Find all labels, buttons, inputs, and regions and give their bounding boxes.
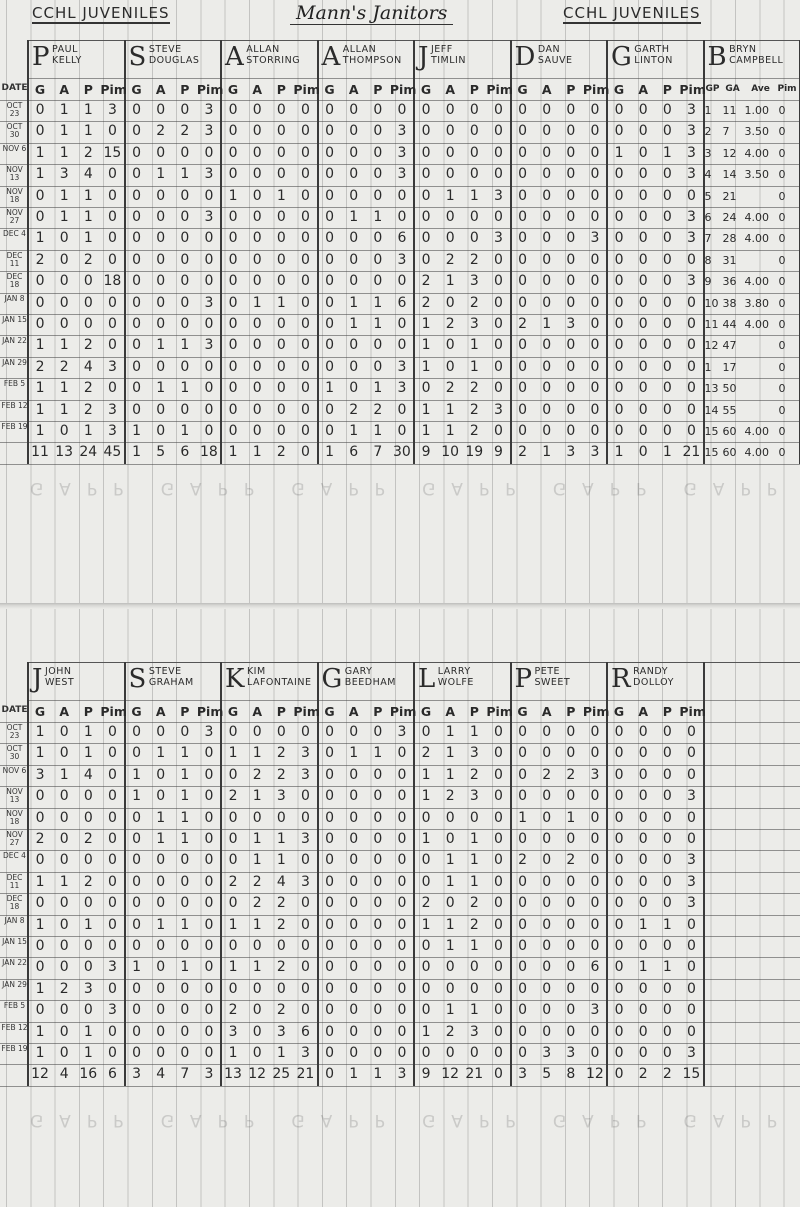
season-total: 24: [76, 444, 100, 460]
stat-cell: 0: [342, 788, 366, 804]
stat-cell: 0: [197, 874, 221, 890]
stat-cell: 0: [438, 337, 462, 353]
stat-header-g: G: [28, 82, 52, 97]
stat-cell: 0: [269, 402, 293, 418]
stat-cell: 0: [390, 423, 414, 439]
stat-cell: 0: [607, 402, 631, 418]
season-total: 13: [52, 444, 76, 460]
stat-cell: 0: [511, 895, 535, 911]
stat-cell: 1: [245, 745, 269, 761]
stat-cell: 0: [28, 188, 52, 204]
stat-header-pim: Pim: [293, 704, 317, 719]
stat-header-a: A: [245, 704, 269, 719]
stat-cell: 1: [52, 209, 76, 225]
stat-cell: 1: [76, 745, 100, 761]
goalie-stat-cell: 3.50: [745, 168, 779, 181]
stat-cell: 0: [125, 981, 149, 997]
row-rule: [0, 378, 800, 379]
stat-cell: 0: [631, 423, 655, 439]
stat-cell: 0: [486, 380, 510, 396]
stat-cell: 0: [486, 145, 510, 161]
stat-cell: 0: [438, 831, 462, 847]
stat-header-g: G: [28, 704, 52, 719]
goalie-stat-cell: 4.00: [745, 232, 779, 245]
goalie-header-pim: Pim: [778, 84, 796, 94]
row-rule: [0, 743, 800, 744]
stat-cell: 0: [197, 745, 221, 761]
stat-cell: 0: [511, 767, 535, 783]
name-initial: G: [322, 666, 343, 692]
stat-cell: 2: [76, 380, 100, 396]
stat-cell: 2: [462, 767, 486, 783]
stat-cell: 0: [535, 1024, 559, 1040]
stat-cell: 0: [438, 145, 462, 161]
stat-cell: 0: [28, 273, 52, 289]
stat-cell: 0: [197, 831, 221, 847]
stat-cell: 3: [679, 166, 703, 182]
stat-cell: 0: [125, 745, 149, 761]
stat-cell: 0: [197, 188, 221, 204]
date-column-header: DATE: [1, 84, 28, 92]
stat-header-a: A: [535, 82, 559, 97]
stat-cell: 2: [28, 359, 52, 375]
stat-header-p: P: [366, 82, 390, 97]
stat-cell: 0: [269, 273, 293, 289]
stat-cell: 2: [245, 895, 269, 911]
stat-cell: 2: [28, 252, 52, 268]
stat-cell: 0: [173, 402, 197, 418]
game-date: JAN 22: [1, 337, 28, 345]
stat-cell: 0: [607, 188, 631, 204]
stat-cell: 0: [293, 810, 317, 826]
stat-cell: 0: [245, 1024, 269, 1040]
stat-header-g: G: [318, 82, 342, 97]
stat-cell: 0: [631, 188, 655, 204]
stat-header-pim: Pim: [197, 82, 221, 97]
stat-cell: 0: [125, 230, 149, 246]
stat-cell: 0: [559, 188, 583, 204]
stat-cell: 0: [269, 230, 293, 246]
stat-cell: 1: [28, 1024, 52, 1040]
goalie-stat-cell: 21: [723, 190, 745, 203]
stat-cell: 1: [462, 831, 486, 847]
game-date: NOV 27: [1, 831, 28, 847]
stat-cell: 0: [535, 959, 559, 975]
stat-cell: 0: [221, 102, 245, 118]
game-date: JAN 15: [1, 316, 28, 324]
stat-cell: 0: [125, 145, 149, 161]
goalie-stat-cell: 44: [723, 318, 745, 331]
stat-cell: 0: [318, 981, 342, 997]
player-name: SSteveDouglas: [129, 44, 218, 70]
stat-cell: 0: [52, 959, 76, 975]
stat-cell: 0: [221, 252, 245, 268]
stat-cell: 1: [366, 745, 390, 761]
name-initial: R: [611, 666, 631, 692]
stat-cell: 0: [655, 767, 679, 783]
stat-cell: 0: [366, 959, 390, 975]
stat-cell: 0: [125, 917, 149, 933]
stat-cell: 0: [414, 252, 438, 268]
stat-cell: 0: [535, 895, 559, 911]
stat-cell: 0: [679, 188, 703, 204]
bottom-stats-table: DATEOCT 23OCT 30NOV 6NOV 13NOV 18NOV 27D…: [0, 656, 800, 1096]
stat-cell: 4: [269, 874, 293, 890]
stat-cell: 0: [293, 788, 317, 804]
stat-cell: 0: [76, 895, 100, 911]
goalie-stat-cell: 60: [723, 425, 745, 438]
stat-header-g: G: [414, 704, 438, 719]
stat-cell: 0: [486, 724, 510, 740]
stat-cell: 6: [390, 295, 414, 311]
stat-cell: 0: [197, 895, 221, 911]
stat-cell: 3: [197, 209, 221, 225]
goalie-stat-cell: 4.00: [745, 425, 779, 438]
stat-cell: 2: [535, 767, 559, 783]
row-rule: [0, 1043, 800, 1044]
stat-cell: 0: [607, 102, 631, 118]
stat-cell: 1: [438, 402, 462, 418]
stat-cell: 0: [366, 831, 390, 847]
stat-cell: 0: [342, 252, 366, 268]
stat-header-pim: Pim: [293, 82, 317, 97]
stat-cell: 0: [269, 166, 293, 182]
stat-cell: 0: [221, 273, 245, 289]
stat-header-a: A: [631, 82, 655, 97]
stat-cell: 1: [28, 1045, 52, 1061]
stat-cell: 2: [462, 295, 486, 311]
stat-cell: 0: [511, 209, 535, 225]
stat-cell: 0: [607, 123, 631, 139]
stat-cell: 0: [366, 102, 390, 118]
stat-cell: 1: [245, 831, 269, 847]
stat-cell: 0: [511, 1045, 535, 1061]
stat-cell: 0: [173, 102, 197, 118]
stat-cell: 0: [149, 724, 173, 740]
stat-cell: 0: [511, 423, 535, 439]
stat-cell: 0: [293, 209, 317, 225]
stat-cell: 0: [342, 1045, 366, 1061]
stat-cell: 1: [438, 273, 462, 289]
stat-cell: 0: [679, 402, 703, 418]
stat-cell: 3: [221, 1024, 245, 1040]
stat-cell: 1: [462, 874, 486, 890]
stat-cell: 2: [269, 959, 293, 975]
season-total: 12: [438, 1066, 462, 1082]
league-title-left: CCHL JUVENILES: [32, 4, 170, 24]
stat-cell: 0: [366, 145, 390, 161]
stat-cell: 0: [631, 1002, 655, 1018]
stat-cell: 1: [28, 145, 52, 161]
name-initial: G: [611, 44, 632, 70]
stat-cell: 0: [125, 1002, 149, 1018]
stat-cell: 0: [52, 831, 76, 847]
stat-cell: 0: [583, 188, 607, 204]
stat-cell: 2: [28, 831, 52, 847]
stat-cell: 0: [559, 831, 583, 847]
stat-cell: 0: [342, 959, 366, 975]
stat-cell: 1: [52, 874, 76, 890]
stat-cell: 1: [414, 788, 438, 804]
stat-cell: 1: [414, 1024, 438, 1040]
stat-cell: 0: [366, 1002, 390, 1018]
name-initial: S: [129, 44, 147, 70]
stat-cell: 0: [511, 337, 535, 353]
stat-cell: 0: [631, 209, 655, 225]
stat-cell: 0: [100, 123, 124, 139]
stat-cell: 0: [318, 188, 342, 204]
stat-cell: 0: [486, 295, 510, 311]
stat-cell: 0: [28, 1002, 52, 1018]
stat-cell: 2: [462, 380, 486, 396]
stat-cell: 0: [269, 938, 293, 954]
stat-cell: 1: [462, 724, 486, 740]
stat-cell: 0: [318, 102, 342, 118]
stat-cell: 0: [535, 359, 559, 375]
stat-cell: 1: [245, 852, 269, 868]
stat-header-pim: Pim: [486, 82, 510, 97]
stat-cell: 0: [511, 938, 535, 954]
stat-cell: 0: [414, 810, 438, 826]
stat-header-p: P: [76, 704, 100, 719]
stat-cell: 1: [438, 852, 462, 868]
goalie-stat-cell: 50: [723, 382, 745, 395]
stat-cell: 0: [100, 917, 124, 933]
stat-cell: 0: [535, 724, 559, 740]
stat-cell: 2: [76, 252, 100, 268]
stat-cell: 0: [655, 123, 679, 139]
stat-cell: 1: [655, 959, 679, 975]
player-name: GGaryBeedham: [322, 666, 411, 692]
stat-cell: 0: [655, 188, 679, 204]
stat-cell: 0: [366, 895, 390, 911]
row-rule: [0, 442, 800, 443]
stat-cell: 0: [486, 745, 510, 761]
stat-cell: 0: [559, 359, 583, 375]
goalie-stat-cell: 0: [779, 361, 797, 374]
stat-cell: 0: [221, 895, 245, 911]
stat-header-pim: Pim: [679, 704, 703, 719]
stat-cell: 0: [535, 209, 559, 225]
stat-cell: 0: [655, 981, 679, 997]
stat-cell: 0: [245, 102, 269, 118]
stat-cell: 0: [342, 188, 366, 204]
stat-cell: 0: [583, 123, 607, 139]
stat-cell: 0: [486, 123, 510, 139]
stat-cell: 0: [293, 316, 317, 332]
stat-cell: 1: [76, 102, 100, 118]
stat-cell: 0: [342, 810, 366, 826]
stat-cell: 0: [607, 831, 631, 847]
season-total: 15: [679, 1066, 703, 1082]
stat-cell: 0: [655, 895, 679, 911]
stat-cell: 3: [197, 295, 221, 311]
stat-cell: 0: [149, 938, 173, 954]
stat-cell: 0: [511, 959, 535, 975]
stat-cell: 0: [100, 252, 124, 268]
stat-cell: 0: [125, 166, 149, 182]
season-total: 1: [125, 444, 149, 460]
stat-cell: 2: [269, 767, 293, 783]
stat-cell: 1: [28, 981, 52, 997]
stat-cell: 0: [438, 959, 462, 975]
stat-cell: 0: [245, 145, 269, 161]
stat-cell: 1: [269, 295, 293, 311]
stat-cell: 0: [486, 874, 510, 890]
stat-cell: 0: [559, 209, 583, 225]
stat-cell: 4: [76, 166, 100, 182]
stat-cell: 0: [655, 102, 679, 118]
stat-cell: 1: [173, 810, 197, 826]
stat-cell: 2: [438, 788, 462, 804]
stat-cell: 0: [318, 959, 342, 975]
stat-cell: 0: [414, 209, 438, 225]
stat-cell: 0: [414, 380, 438, 396]
stat-cell: 0: [535, 874, 559, 890]
stat-cell: 0: [149, 1024, 173, 1040]
game-date: OCT 30: [1, 123, 28, 139]
stat-cell: 0: [269, 810, 293, 826]
stat-cell: 0: [293, 273, 317, 289]
stat-cell: 3: [486, 402, 510, 418]
stat-cell: 0: [221, 337, 245, 353]
stat-cell: 0: [655, 1002, 679, 1018]
stat-cell: 0: [366, 938, 390, 954]
stat-cell: 0: [221, 981, 245, 997]
game-date: DEC 4: [1, 852, 28, 860]
stat-cell: 0: [390, 209, 414, 225]
stat-cell: 1: [173, 423, 197, 439]
stat-cell: 0: [125, 874, 149, 890]
bleed-through-text: GAPP GAPP GAPP GAPP GAPP GAPP: [30, 1110, 793, 1130]
stat-cell: 0: [52, 295, 76, 311]
row-rule: [0, 957, 800, 958]
stat-cell: 0: [76, 316, 100, 332]
name-initial: J: [32, 666, 43, 692]
stat-cell: 0: [293, 724, 317, 740]
stat-header-pim: Pim: [390, 704, 414, 719]
stat-header-g: G: [607, 704, 631, 719]
row-rule: [0, 250, 800, 251]
stat-cell: 3: [679, 852, 703, 868]
last-name: Storring: [246, 55, 300, 66]
goalie-season-total: 15: [705, 446, 723, 459]
stat-cell: 0: [245, 123, 269, 139]
stat-cell: 1: [149, 380, 173, 396]
stat-cell: 0: [269, 724, 293, 740]
stat-cell: 2: [52, 981, 76, 997]
stat-cell: 0: [366, 273, 390, 289]
stat-cell: 0: [390, 337, 414, 353]
stat-cell: 0: [293, 123, 317, 139]
stat-cell: 0: [28, 209, 52, 225]
stat-cell: 0: [318, 1002, 342, 1018]
stat-cell: 0: [100, 316, 124, 332]
stat-cell: 0: [486, 981, 510, 997]
first-name: Randy: [633, 666, 668, 677]
season-total: 2: [631, 1066, 655, 1082]
stat-cell: 0: [197, 423, 221, 439]
stat-cell: 0: [607, 295, 631, 311]
stat-cell: 0: [269, 359, 293, 375]
stat-cell: 0: [655, 209, 679, 225]
stat-cell: 0: [607, 273, 631, 289]
stat-cell: 0: [245, 166, 269, 182]
goalie-stat-cell: 0: [779, 425, 797, 438]
player-name: PPaulKelly: [32, 44, 121, 70]
stat-cell: 0: [511, 145, 535, 161]
stat-header-p: P: [269, 82, 293, 97]
stat-cell: 0: [462, 123, 486, 139]
goalie-season-total: 0: [779, 446, 797, 459]
stat-cell: 1: [52, 102, 76, 118]
stat-cell: 0: [342, 724, 366, 740]
stat-cell: 0: [52, 1002, 76, 1018]
stat-cell: 2: [221, 788, 245, 804]
goalie-name: BBrynCampbell: [708, 44, 800, 70]
stat-cell: 0: [293, 423, 317, 439]
stat-cell: 0: [559, 145, 583, 161]
first-name: Bryn: [729, 44, 756, 55]
stat-header-g: G: [318, 704, 342, 719]
stat-cell: 0: [486, 102, 510, 118]
stat-cell: 0: [486, 1002, 510, 1018]
stat-cell: 1: [28, 724, 52, 740]
stat-cell: 0: [462, 1045, 486, 1061]
last-name: Thompson: [343, 55, 402, 66]
stat-cell: 3: [679, 123, 703, 139]
stat-cell: 0: [125, 295, 149, 311]
stat-cell: 0: [511, 402, 535, 418]
stat-cell: 0: [342, 273, 366, 289]
stat-cell: 0: [535, 831, 559, 847]
stat-cell: 0: [390, 959, 414, 975]
season-total: 6: [342, 444, 366, 460]
goalie-stat-cell: 5: [705, 190, 723, 203]
stat-cell: 0: [390, 810, 414, 826]
stat-cell: 0: [462, 981, 486, 997]
stat-cell: 0: [318, 810, 342, 826]
stat-cell: 0: [197, 1045, 221, 1061]
stat-cell: 1: [366, 380, 390, 396]
player-name: JJohnWest: [32, 666, 121, 692]
stat-cell: 3: [52, 166, 76, 182]
stat-cell: 0: [342, 166, 366, 182]
stat-cell: 2: [269, 917, 293, 933]
stat-cell: 1: [173, 959, 197, 975]
row-rule: [0, 786, 800, 787]
stat-cell: 0: [221, 209, 245, 225]
stat-cell: 2: [511, 852, 535, 868]
season-total: 12: [28, 1066, 52, 1082]
stat-cell: 0: [173, 316, 197, 332]
season-total: 8: [559, 1066, 583, 1082]
stat-cell: 0: [655, 380, 679, 396]
season-total: 1: [535, 444, 559, 460]
stat-cell: 0: [293, 852, 317, 868]
stat-cell: 2: [76, 874, 100, 890]
stat-cell: 0: [318, 852, 342, 868]
season-total: 1: [366, 1066, 390, 1082]
stat-cell: 0: [607, 316, 631, 332]
stat-cell: 3: [462, 745, 486, 761]
player-name: KKimLafontaine: [225, 666, 314, 692]
stat-cell: 1: [28, 337, 52, 353]
stat-cell: 1: [28, 917, 52, 933]
stat-cell: 0: [52, 810, 76, 826]
stat-cell: 0: [607, 337, 631, 353]
stat-cell: 0: [438, 810, 462, 826]
